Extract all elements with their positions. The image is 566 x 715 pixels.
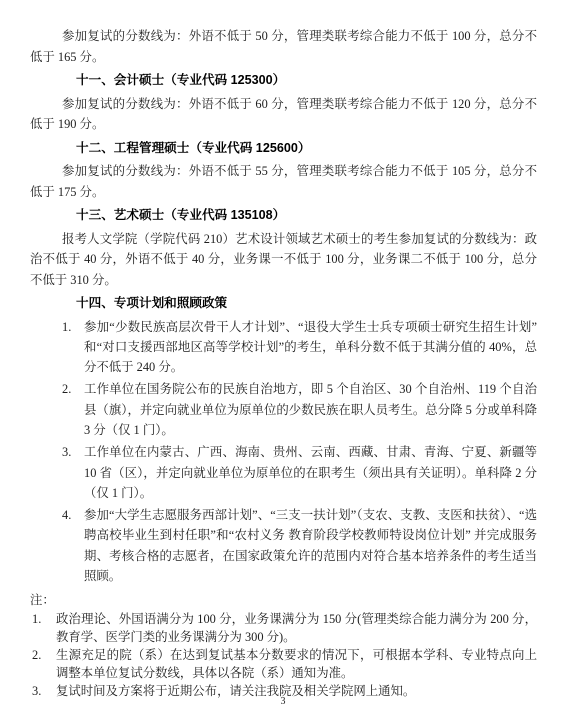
section-heading-14: 十四、专项计划和照顾政策 xyxy=(76,293,537,314)
note-item-2-text: 生源充足的院（系）在达到复试基本分数要求的情况下，可根据本学科、专业特点向上调整… xyxy=(56,648,537,680)
note-list: 1. 政治理论、外国语满分为 100 分，业务课满分为 150 分(管理类综合能… xyxy=(30,610,537,701)
plan-item-1: 1. 参加“少数民族高层次骨干人才计划”、“退役大学生士兵专项硕士研究生招生计划… xyxy=(30,317,537,378)
section-heading-11: 十一、会计硕士（专业代码 125300） xyxy=(76,70,537,91)
plan-item-4: 4. 参加“大学生志愿服务西部计划”、“三支一扶计划”（支农、支教、支医和扶贫）… xyxy=(30,505,537,586)
document-page: 参加复试的分数线为：外语不低于 50 分，管理类联考综合能力不低于 100 分，… xyxy=(0,0,566,715)
plan-item-2-text: 工作单位在国务院公布的民族自治地方，即 5 个自治区、30 个自治州、119 个… xyxy=(84,382,537,437)
section-heading-12: 十二、工程管理硕士（专业代码 125600） xyxy=(76,138,537,159)
plan-item-2-number: 2. xyxy=(62,379,71,399)
note-item-2: 2. 生源充足的院（系）在达到复试基本分数要求的情况下，可根据本学科、专业特点向… xyxy=(30,646,537,682)
plan-item-1-number: 1. xyxy=(62,317,71,337)
plan-item-2: 2. 工作单位在国务院公布的民族自治地方，即 5 个自治区、30 个自治州、11… xyxy=(30,379,537,440)
plan-item-1-text: 参加“少数民族高层次骨干人才计划”、“退役大学生士兵专项硕士研究生招生计划”和“… xyxy=(84,320,537,375)
plan-item-4-number: 4. xyxy=(62,505,71,525)
section-heading-13: 十三、艺术硕士（专业代码 135108） xyxy=(76,205,537,226)
section-12-paragraph: 参加复试的分数线为：外语不低于 55 分，管理类联考综合能力不低于 105 分，… xyxy=(30,161,537,202)
note-item-1: 1. 政治理论、外国语满分为 100 分，业务课满分为 150 分(管理类综合能… xyxy=(30,610,537,646)
plan-item-4-text: 参加“大学生志愿服务西部计划”、“三支一扶计划”（支农、支教、支医和扶贫）、“选… xyxy=(84,508,537,583)
plan-item-3: 3. 工作单位在内蒙古、广西、海南、贵州、云南、西藏、甘肃、青海、宁夏、新疆等 … xyxy=(30,442,537,503)
section-11-paragraph: 参加复试的分数线为：外语不低于 60 分，管理类联考综合能力不低于 120 分，… xyxy=(30,94,537,135)
plan-item-3-text: 工作单位在内蒙古、广西、海南、贵州、云南、西藏、甘肃、青海、宁夏、新疆等 10 … xyxy=(84,445,537,500)
notes-label: 注： xyxy=(30,591,537,609)
section-13-paragraph: 报考人文学院（学院代码 210）艺术设计领域艺术硕士的考生参加复试的分数线为：政… xyxy=(30,229,537,291)
special-plan-list: 1. 参加“少数民族高层次骨干人才计划”、“退役大学生士兵专项硕士研究生招生计划… xyxy=(30,317,537,587)
note-item-1-text: 政治理论、外国语满分为 100 分，业务课满分为 150 分(管理类综合能力满分… xyxy=(56,612,537,644)
intro-paragraph: 参加复试的分数线为：外语不低于 50 分，管理类联考综合能力不低于 100 分，… xyxy=(30,26,537,67)
plan-item-3-number: 3. xyxy=(62,442,71,462)
page-number: 3 xyxy=(0,696,566,707)
note-item-2-number: 2. xyxy=(32,646,41,664)
notes-section: 注： 1. 政治理论、外国语满分为 100 分，业务课满分为 150 分(管理类… xyxy=(30,591,537,700)
note-item-1-number: 1. xyxy=(32,610,41,628)
